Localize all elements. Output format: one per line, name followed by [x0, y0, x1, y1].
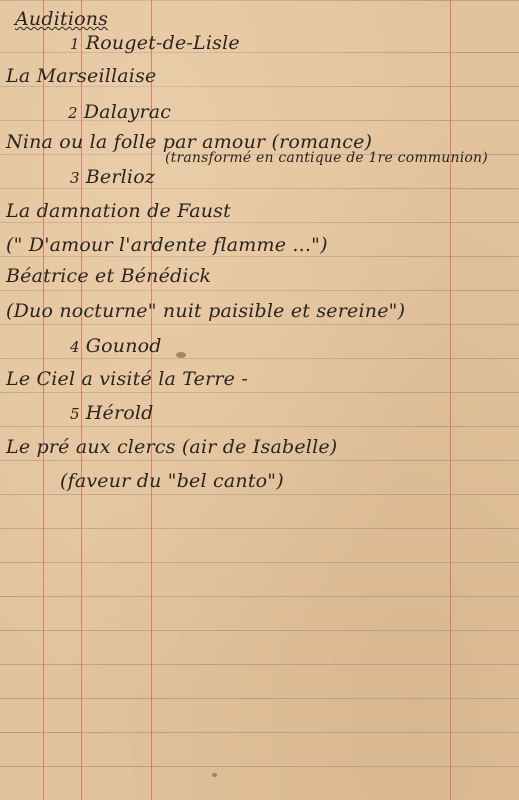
entry-composer-1: 1Rouget-de-Lisle	[70, 32, 240, 54]
entry-composer-3: 3Berlioz	[70, 166, 155, 188]
entry-note: (transformé en cantique de 1re communion…	[165, 150, 488, 166]
entry-title: La Marseillaise	[6, 65, 156, 87]
entry-title: La damnation de Faust	[6, 200, 231, 222]
entry-composer-2: 2Dalayrac	[68, 101, 171, 123]
entry-composer-5: 5Hérold	[70, 402, 154, 424]
entry-title: Le Ciel a visité la Terre -	[6, 368, 248, 390]
entry-title: Le pré aux clercs (air de Isabelle)	[6, 436, 337, 458]
ink-stain	[176, 352, 186, 358]
entry-title: Béatrice et Bénédick	[6, 265, 211, 287]
margin-line-right	[450, 0, 451, 800]
entry-title: (" D'amour l'ardente flamme ...")	[6, 234, 328, 256]
entry-title: (faveur du "bel canto")	[60, 470, 284, 492]
entry-composer-4: 4Gounod	[70, 335, 162, 357]
page-heading: Auditions	[15, 8, 108, 30]
notebook-page: Auditions 1Rouget-de-Lisle La Marseillai…	[0, 0, 519, 800]
entry-title: (Duo nocturne" nuit paisible et sereine"…	[6, 300, 405, 322]
ink-stain	[212, 773, 217, 777]
margin-line-1	[43, 0, 44, 800]
